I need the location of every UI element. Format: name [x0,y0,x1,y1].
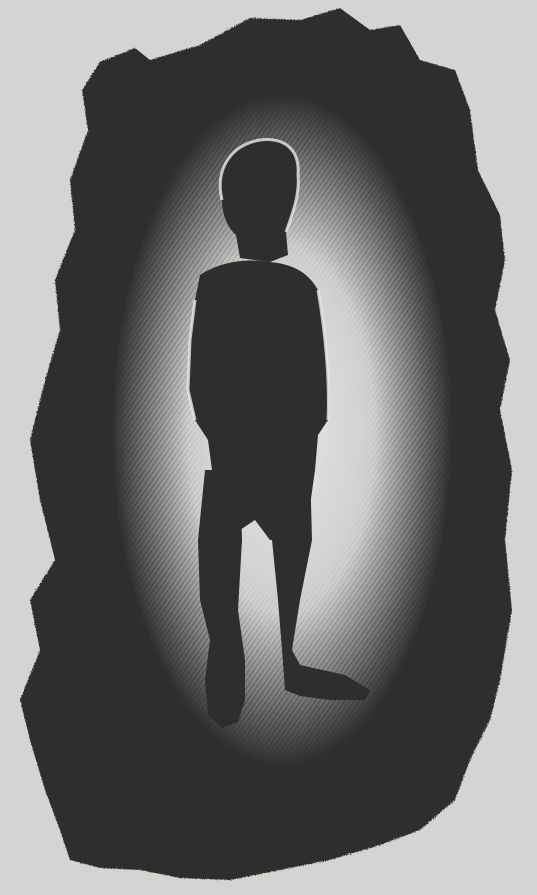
illustration [0,0,537,895]
